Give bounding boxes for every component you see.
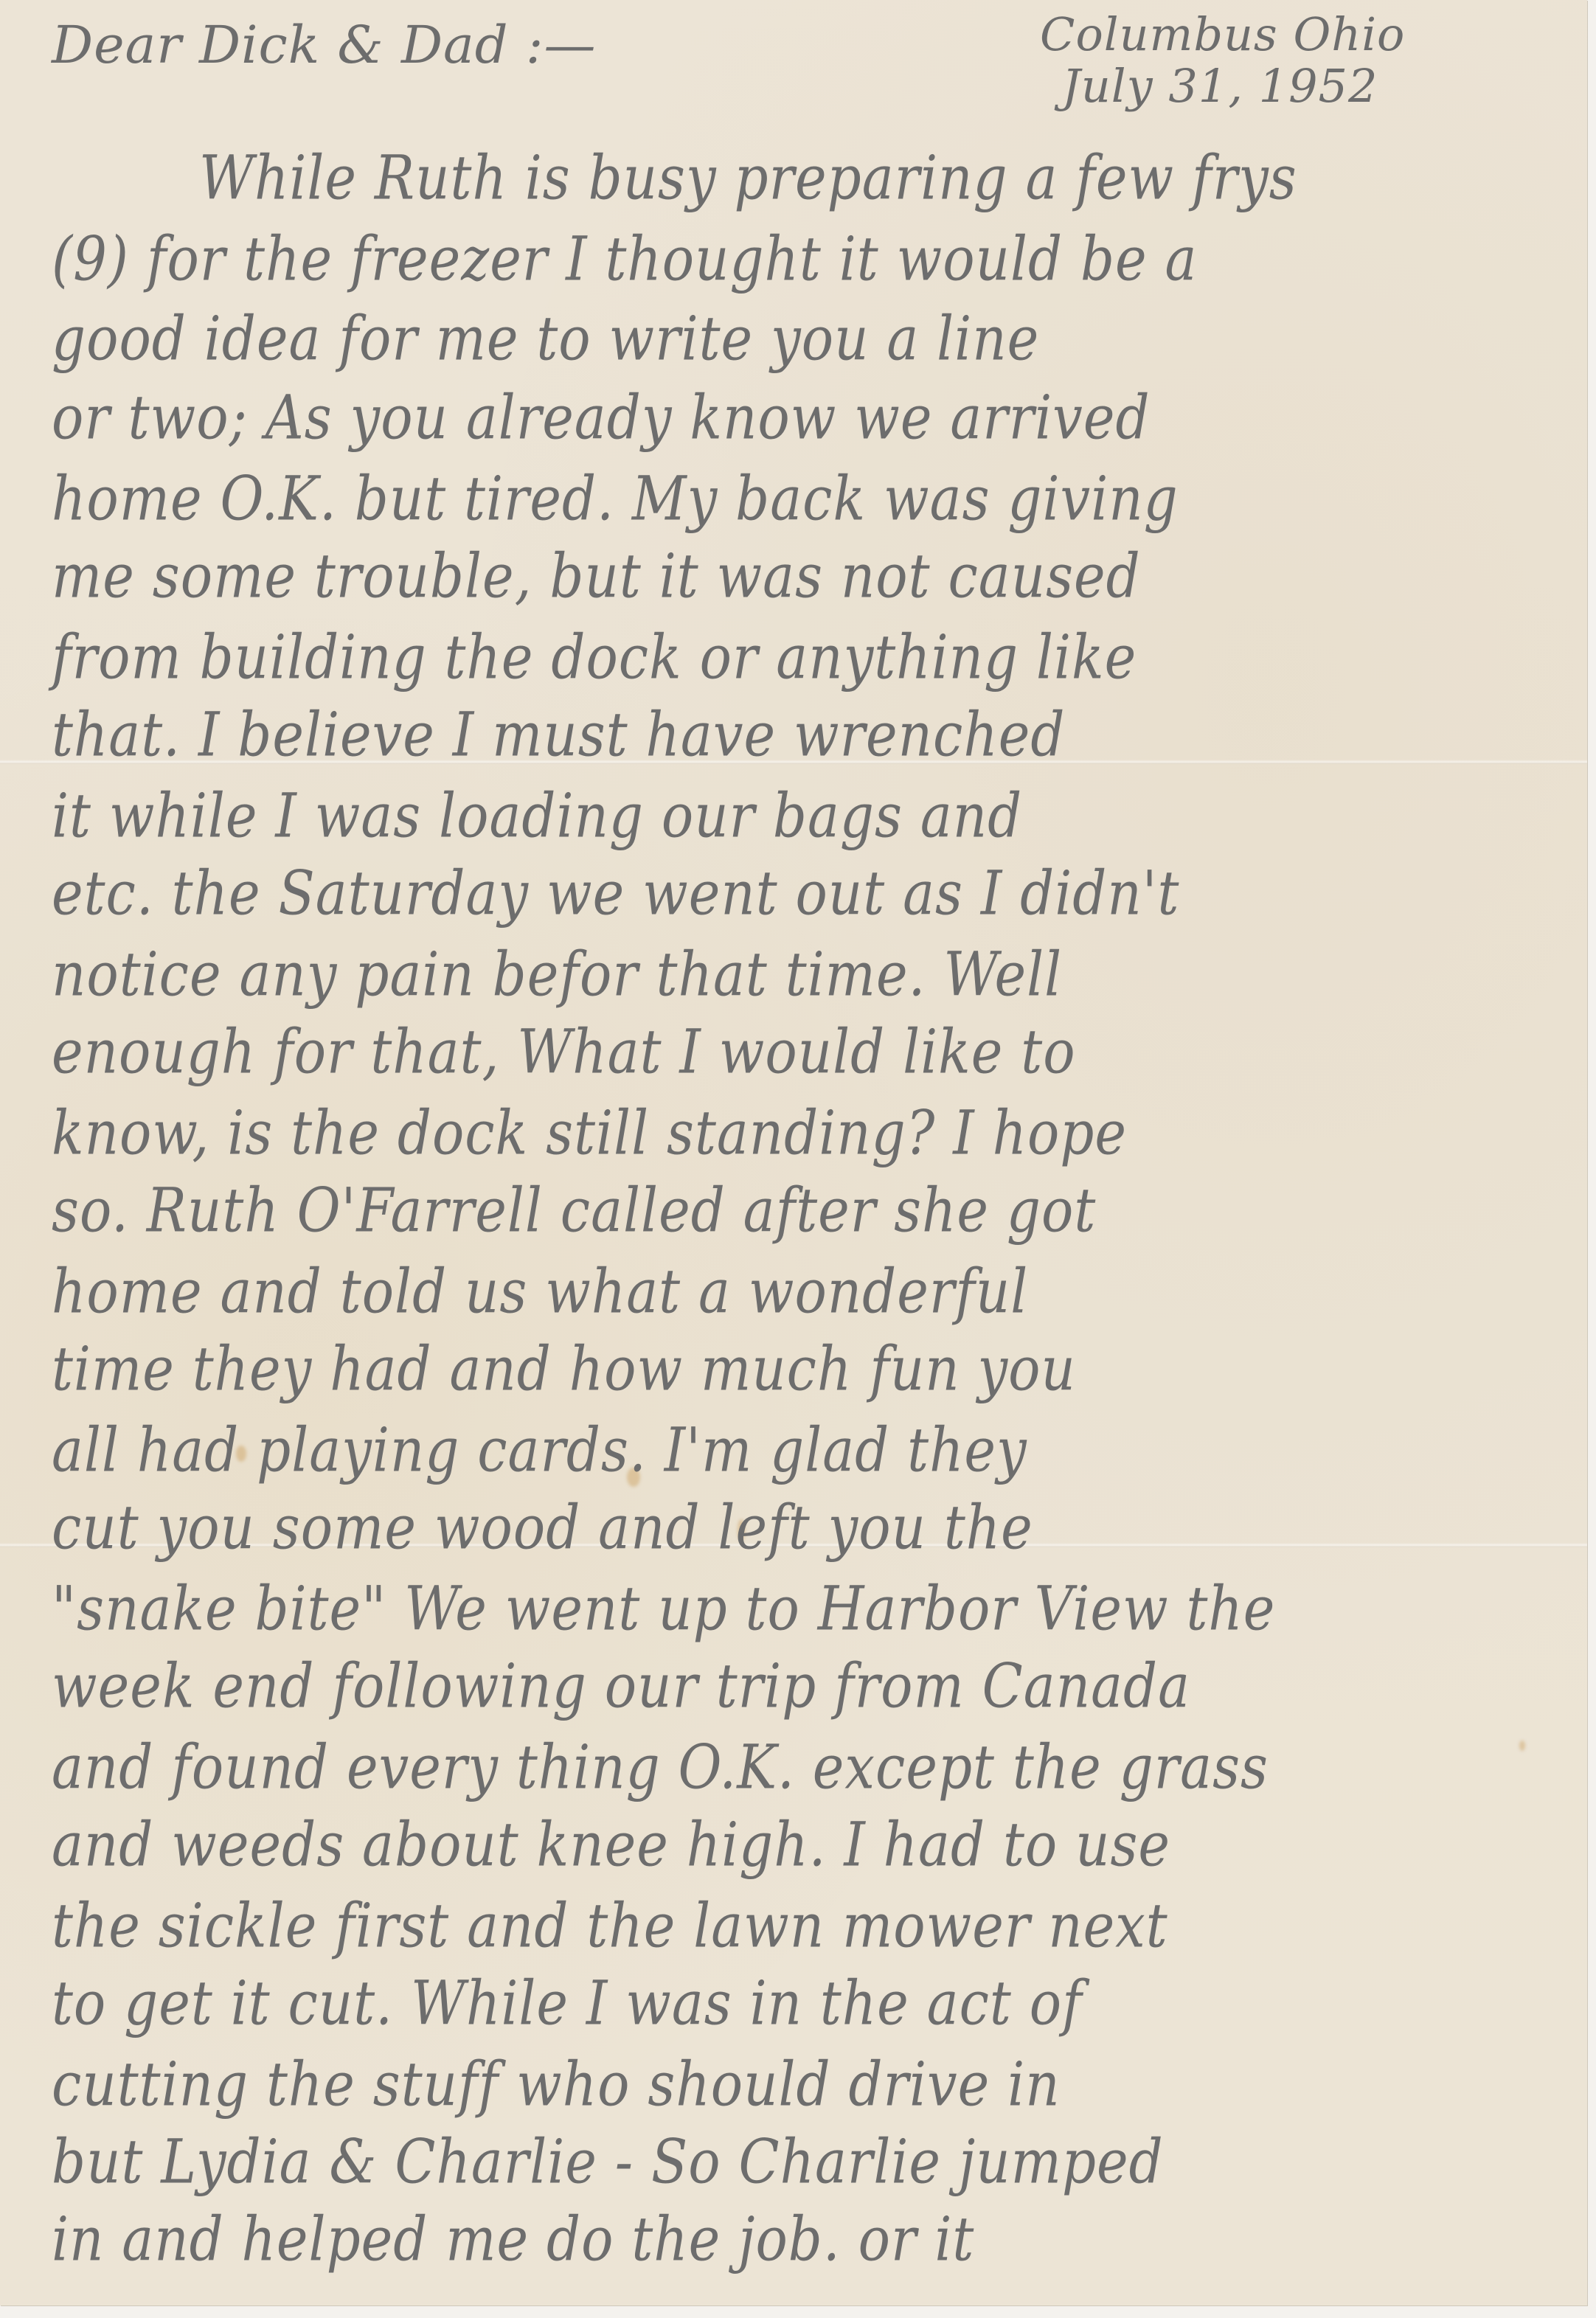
letter-date: July 31, 1952 bbox=[1062, 59, 1378, 113]
letter-line: all had playing cards. I'm glad they bbox=[52, 1414, 1027, 1485]
letter-line: it while I was loading our bags and bbox=[52, 780, 1022, 851]
letter-line: good idea for me to write you a line bbox=[52, 302, 1039, 374]
letter-line: cutting the stuff who should drive in bbox=[52, 2048, 1061, 2120]
letter-line: cut you some wood and left you the bbox=[52, 1491, 1033, 1563]
letter-line: know, is the dock still standing? I hope bbox=[52, 1097, 1127, 1168]
letter-line: etc. the Saturday we went out as I didn'… bbox=[52, 857, 1179, 929]
letter-line: that. I believe I must have wrenched bbox=[52, 698, 1065, 770]
letter-line: notice any pain befor that time. Well bbox=[52, 938, 1062, 1010]
letter-line: so. Ruth O'Farrell called after she got bbox=[52, 1174, 1096, 1246]
letter-line: but Lydia & Charlie - So Charlie jumped bbox=[52, 2126, 1164, 2197]
letter-line: home O.K. but tired. My back was giving bbox=[52, 462, 1179, 534]
letter-line: in and helped me do the job. or it bbox=[52, 2203, 974, 2274]
letter-greeting: Dear Dick & Dad :— bbox=[52, 15, 596, 75]
letter-line: time they had and how much fun you bbox=[52, 1333, 1076, 1404]
letter-line: (9) for the freezer I thought it would b… bbox=[52, 223, 1197, 294]
letter-line: and found every thing O.K. except the gr… bbox=[52, 1731, 1269, 1802]
letter-line: week end following our trip from Canada bbox=[52, 1650, 1190, 1721]
letter-line: While Ruth is busy preparing a few frys bbox=[199, 142, 1297, 213]
letter-page: Dear Dick & Dad :— Columbus Ohio July 31… bbox=[0, 0, 1587, 2305]
letter-line: to get it cut. While I was in the act of bbox=[52, 1967, 1083, 2038]
age-stain bbox=[1519, 1741, 1525, 1751]
letter-line: "snake bite" We went up to Harbor View t… bbox=[52, 1572, 1275, 1644]
letter-place: Columbus Ohio bbox=[1040, 7, 1405, 61]
letter-line: or two; As you already know we arrived bbox=[52, 381, 1151, 453]
letter-line: home and told us what a wonderful bbox=[52, 1255, 1028, 1327]
letter-line: enough for that, What I would like to bbox=[52, 1016, 1076, 1087]
letter-line: and weeds about knee high. I had to use bbox=[52, 1808, 1170, 1880]
letter-line: from building the dock or anything like bbox=[52, 621, 1137, 693]
letter-line: me some trouble, but it was not caused bbox=[52, 540, 1141, 611]
letter-line: the sickle first and the lawn mower next bbox=[52, 1890, 1168, 1961]
